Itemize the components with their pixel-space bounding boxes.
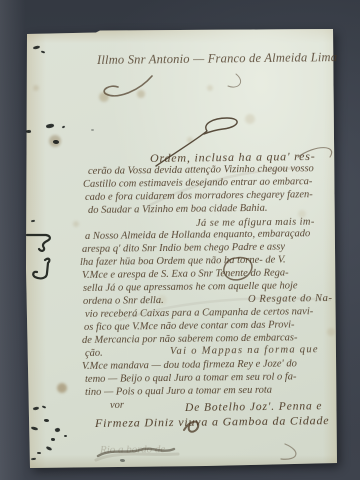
ink-blot xyxy=(46,446,53,451)
ink-blot xyxy=(26,130,31,133)
ink-blot-layer xyxy=(0,0,360,480)
ink-blot xyxy=(31,426,38,430)
manuscript-photo: Illmo Snr Antonio — Franco de Almeida Li… xyxy=(0,0,360,480)
ink-blot xyxy=(120,459,125,462)
ink-blot xyxy=(62,125,66,128)
ink-blot xyxy=(53,140,59,144)
ink-blot xyxy=(42,405,46,408)
ink-blot xyxy=(41,51,45,54)
ink-blot xyxy=(51,438,55,441)
ink-blot xyxy=(33,45,41,50)
ink-blot xyxy=(44,419,49,422)
ink-blot xyxy=(33,406,40,410)
ink-blot xyxy=(64,435,67,437)
ink-blot xyxy=(55,427,61,432)
ink-blot xyxy=(46,123,55,128)
ink-blot xyxy=(31,458,36,461)
ink-blot xyxy=(31,220,35,223)
ink-blot xyxy=(91,129,94,131)
ink-blot xyxy=(37,452,41,454)
